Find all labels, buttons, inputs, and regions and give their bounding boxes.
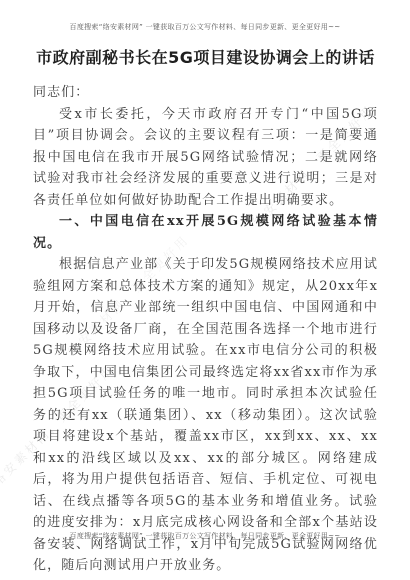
salutation: 同志们： (33, 82, 378, 104)
paragraph-section-1-body: 根据信息产业部《关于印发5G规模网络技术应用试验组网方案和总体技术方案的通知》规… (33, 254, 378, 577)
document-title: 市政府副秘书长在5G项目建设协调会上的讲话 (33, 46, 378, 70)
header-promo-note: 百度搜索“络安素材网” 一键获取百万公文写作材料、每日同步更新、更全更好用~~ (0, 22, 410, 32)
footer-promo-note: 百度搜索“络安素材网” 一键获取百万公文写作材料、每日同步更新、更全更好用~~ (0, 531, 410, 541)
document-body: 市政府副秘书长在5G项目建设协调会上的讲话 同志们： 受x市长委托，今天市政府召… (33, 46, 378, 577)
paragraph-intro: 受x市长委托，今天市政府召开专门“中国5G项目”项目协调会。会议的主要议程有三项… (33, 104, 378, 212)
document-page: 百度搜索“络安素材网” 一键获取百万公文写作材料、每日同步更新、更全更好用~~ … (0, 0, 410, 580)
section-heading-1: 一、中国电信在xx开展5G规模网络试验基本情况。 (33, 211, 378, 254)
